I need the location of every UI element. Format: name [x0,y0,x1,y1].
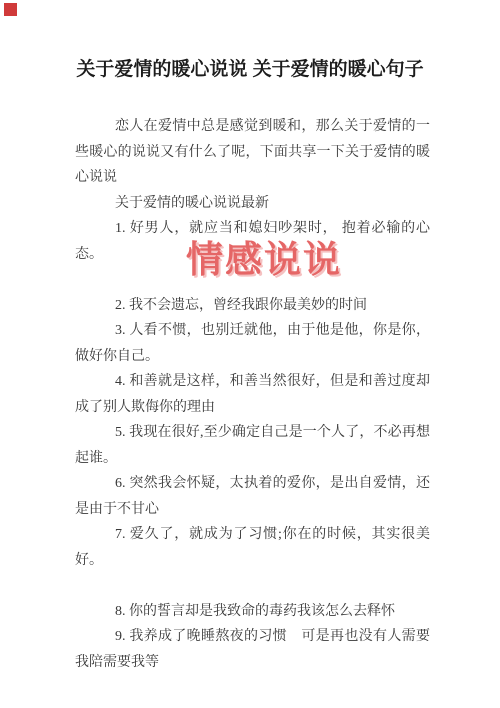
paragraph: 7. 爱久了，就成为了习惯;你在的时候，其实很美好。 [75,522,430,573]
paragraph: 1. 好男人，就应当和媳妇吵架时， 抱着必输的心态。 [75,216,430,267]
paragraph: 关于爱情的暖心说说最新 [75,191,430,217]
paragraph: 8. 你的誓言却是我致命的毒药我该怎么去释怀 [75,599,430,625]
red-corner-marker [4,3,17,16]
page-title: 关于爱情的暖心说说 关于爱情的暖心句子 [0,56,500,84]
paragraph: 2. 我不会遗忘，曾经我跟你最美妙的时间 [75,293,430,319]
paragraph: 3. 人看不惯，也别迁就他，由于他是他，你是你，做好你自己。 [75,318,430,369]
paragraph: 恋人在爱情中总是感觉到暖和，那么关于爱情的一些暖心的说说又有什么了呢，下面共享一… [75,114,430,191]
document-page: 关于爱情的暖心说说 关于爱情的暖心句子 情感说说 恋人在爱情中总是感觉到暖和，那… [0,0,500,708]
paragraph: 6. 突然我会怀疑，太执着的爱你，是出自爱情，还是由于不甘心 [75,471,430,522]
document-body: 恋人在爱情中总是感觉到暖和，那么关于爱情的一些暖心的说说又有什么了呢，下面共享一… [75,114,430,675]
paragraph: 4. 和善就是这样，和善当然很好，但是和善过度却成了别人欺侮你的理由 [75,369,430,420]
paragraph: 9. 我养成了晚睡熬夜的习惯 可是再也没有人需要我陪需要我等 [75,624,430,675]
paragraph: 5. 我现在很好,至少确定自己是一个人了，不必再想起谁。 [75,420,430,471]
